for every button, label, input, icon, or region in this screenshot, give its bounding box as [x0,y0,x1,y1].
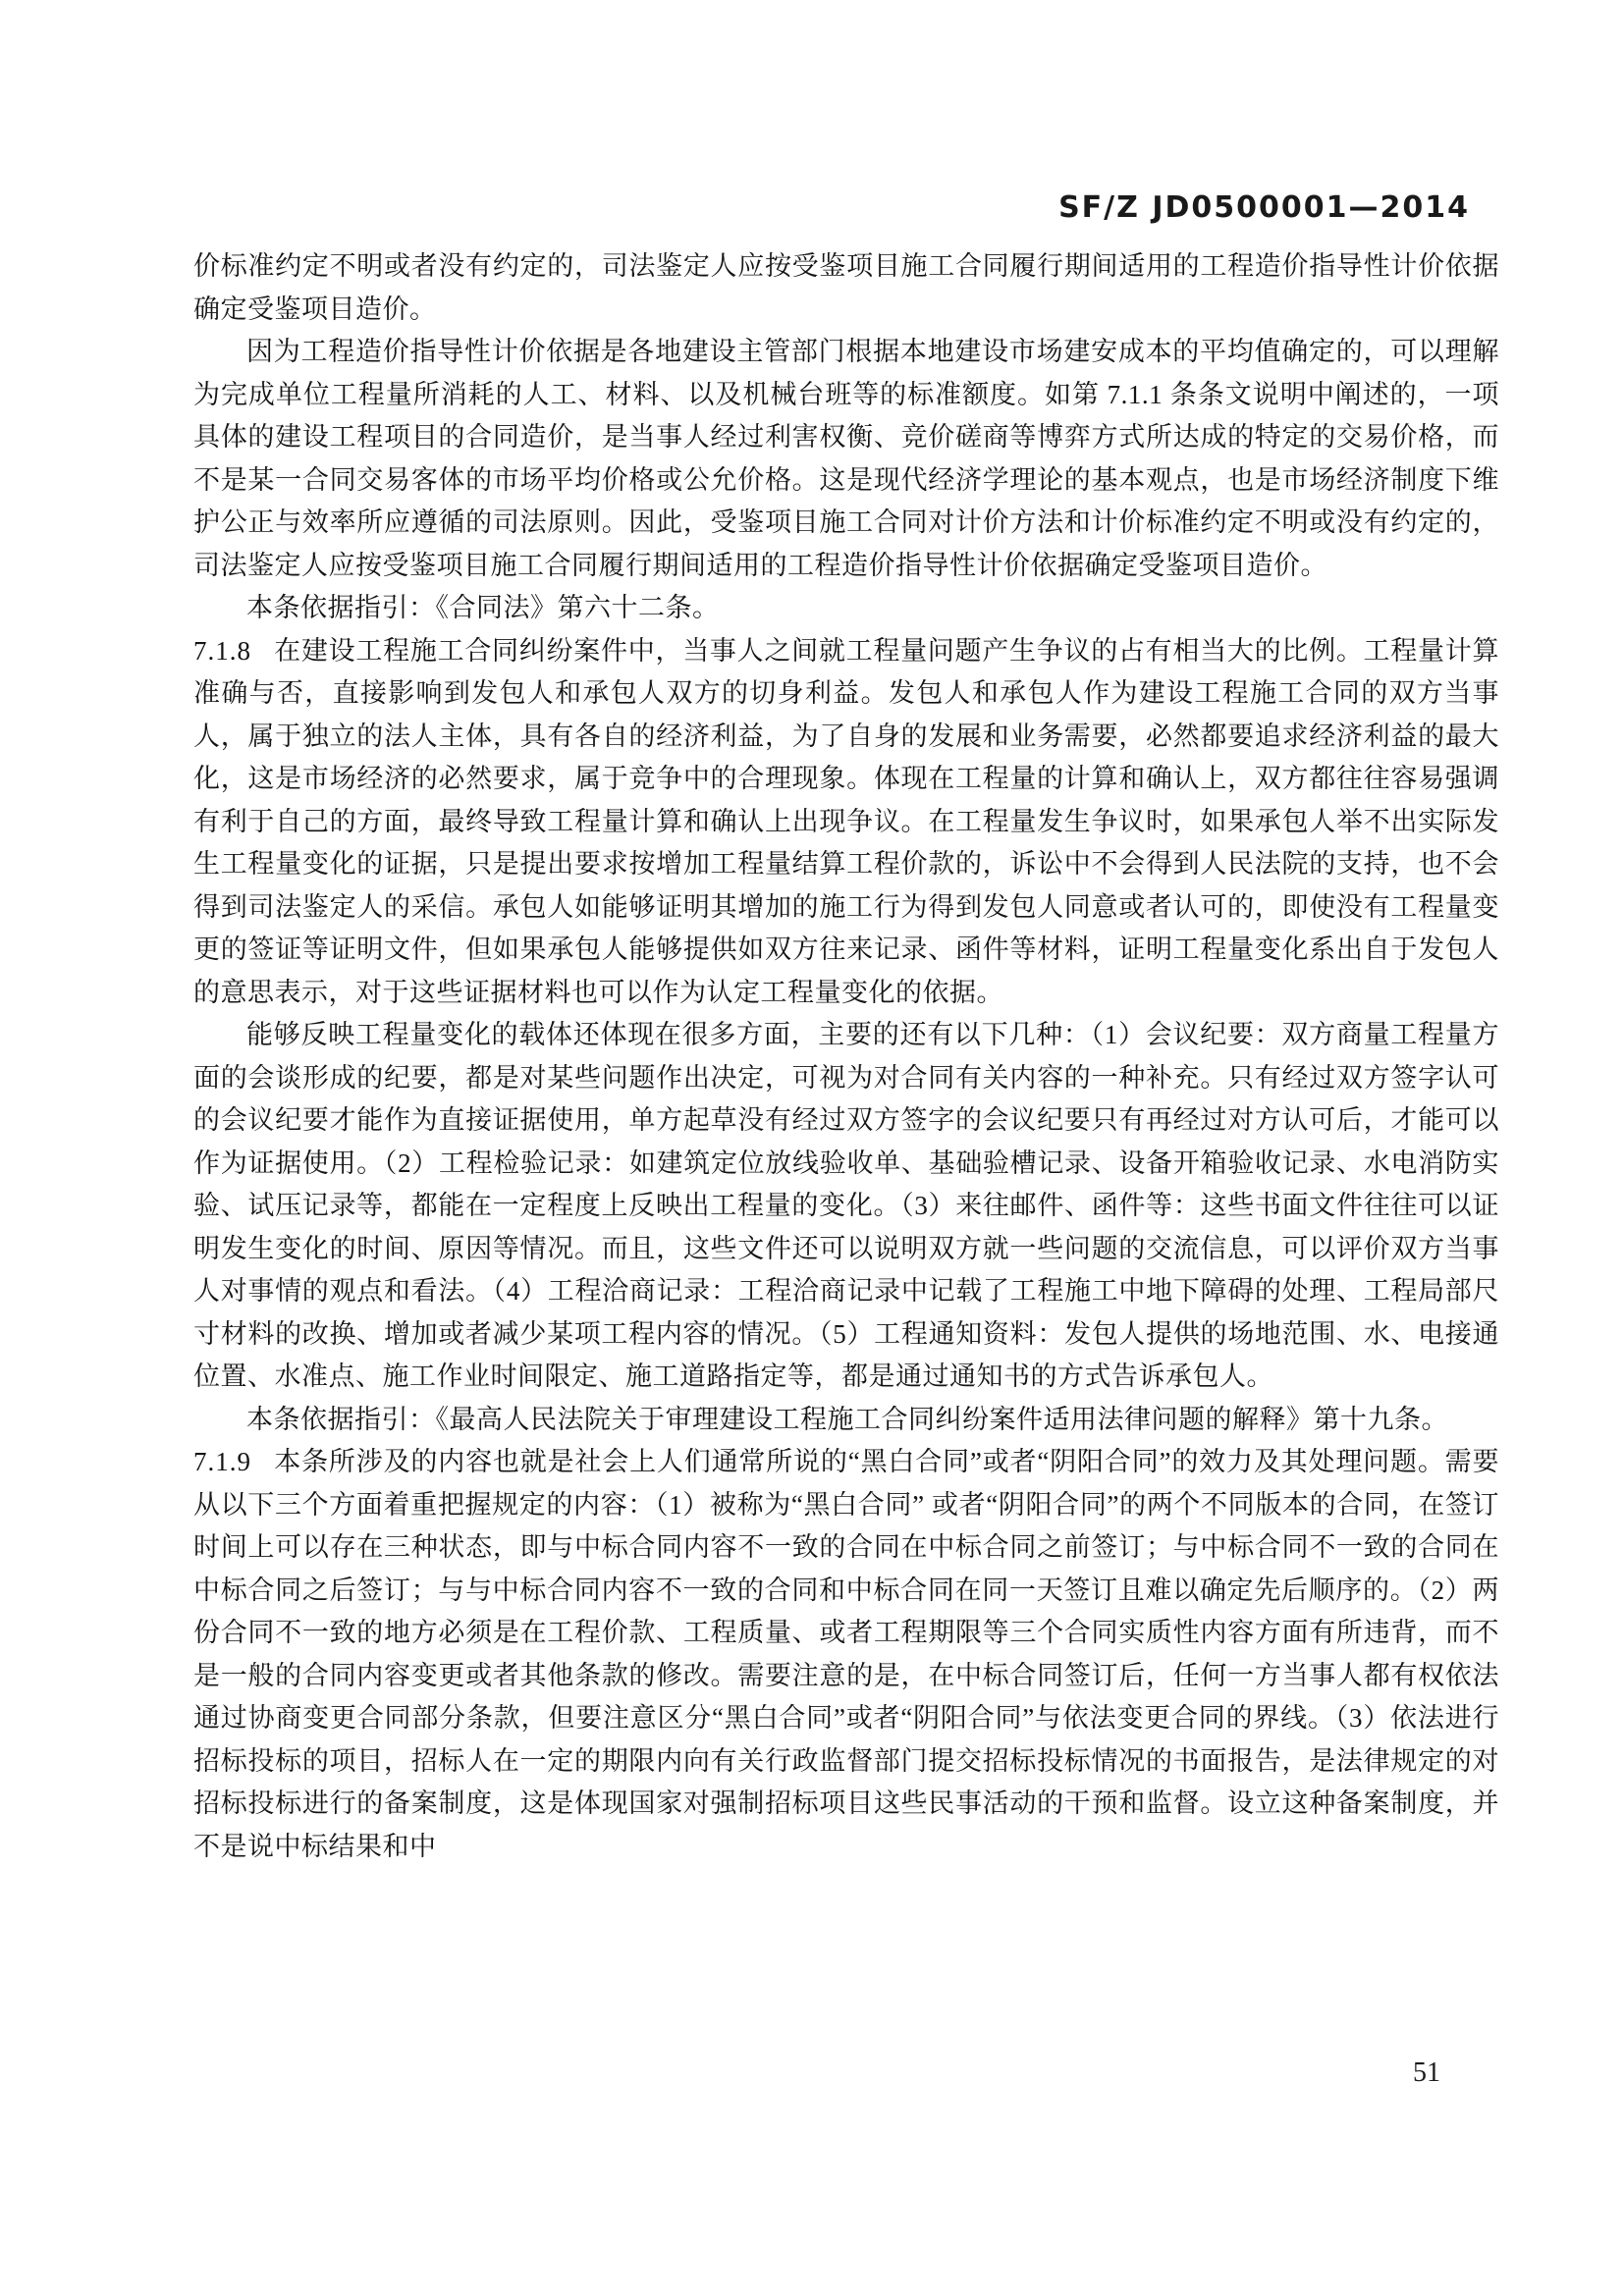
section-number: 7.1.8 [193,636,251,666]
standard-code-header: SF/Z JD0500001—2014 [193,190,1470,225]
section-paragraph: 7.1.9本条所涉及的内容也就是社会上人们通常所说的“黑白合同”或者“阴阳合同”… [193,1441,1499,1868]
section-paragraph: 7.1.8在建设工程施工合同纠纷案件中，当事人之间就工程量问题产生争议的占有相当… [193,630,1499,1015]
section-number: 7.1.9 [193,1447,251,1476]
paragraph: 本条依据指引：《合同法》第六十二条。 [193,587,1499,630]
page-number: 51 [193,2057,1440,2089]
paragraph: 因为工程造价指导性计价依据是各地建设主管部门根据本地建设市场建安成本的平均值确定… [193,331,1499,587]
paragraph: 本条依据指引：《最高人民法院关于审理建设工程施工合同纠纷案件适用法律问题的解释》… [193,1399,1499,1442]
paragraph: 能够反映工程量变化的载体还体现在很多方面，主要的还有以下几种：（1）会议纪要：双… [193,1014,1499,1399]
document-page: SF/Z JD0500001—2014 价标准约定不明或者没有约定的，司法鉴定人… [0,0,1624,2296]
document-body: 价标准约定不明或者没有约定的，司法鉴定人应按受鉴项目施工合同履行期间适用的工程造… [193,245,1499,1868]
paragraph: 价标准约定不明或者没有约定的，司法鉴定人应按受鉴项目施工合同履行期间适用的工程造… [193,245,1499,331]
